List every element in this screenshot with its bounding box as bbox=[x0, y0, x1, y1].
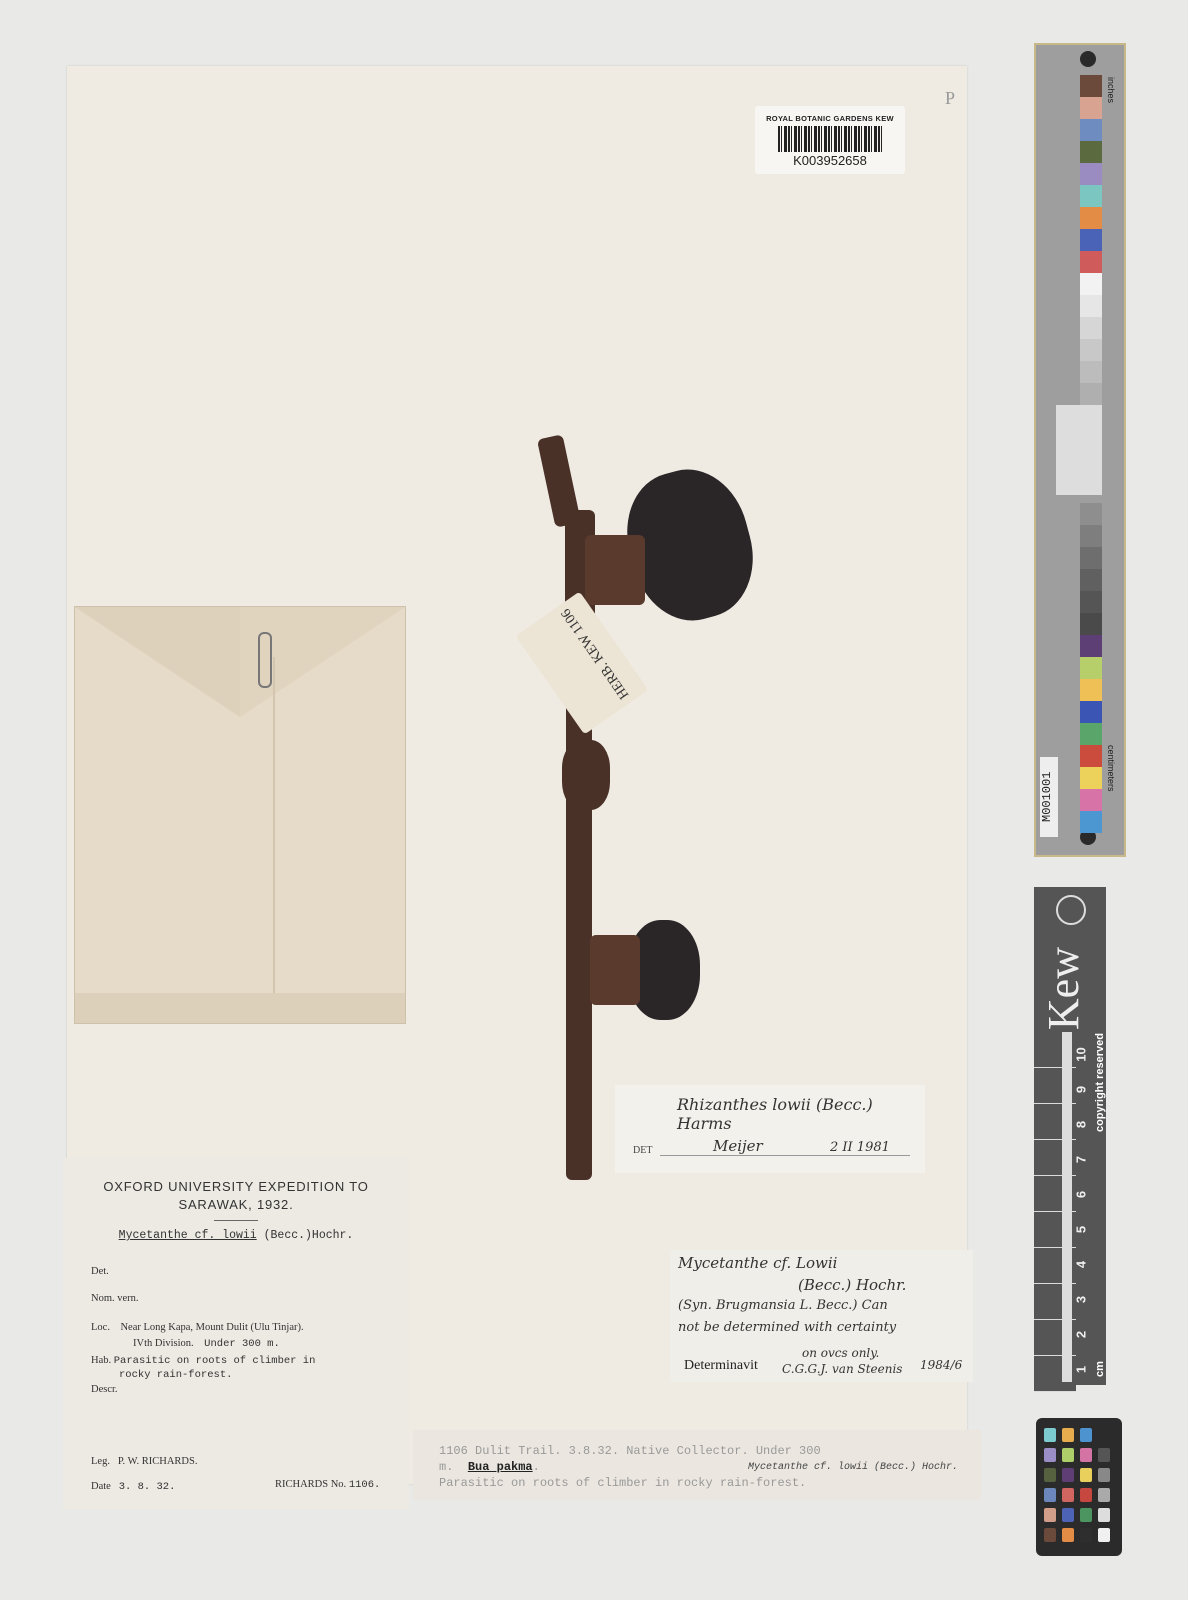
paperclip-icon bbox=[258, 632, 272, 688]
barcode-icon bbox=[778, 126, 882, 152]
corner-mark: P bbox=[945, 88, 955, 109]
ruler-code: M001001 bbox=[1040, 757, 1058, 837]
vernacular-name: Bua pakma bbox=[468, 1460, 533, 1474]
collection-date: Date 3. 8. 32. bbox=[91, 1481, 175, 1493]
descr-label: Descr. bbox=[91, 1384, 118, 1395]
field-note-strip: 1106 Dulit Trail. 3.8.32. Native Collect… bbox=[413, 1430, 981, 1500]
gray-target bbox=[1056, 405, 1102, 495]
institution-name: ROYAL BOTANIC GARDENS KEW bbox=[755, 114, 905, 123]
collection-label: OXFORD UNIVERSITY EXPEDITION TO SARAWAK,… bbox=[63, 1158, 409, 1510]
collector: Leg. P. W. RICHARDS. bbox=[91, 1456, 197, 1467]
determination-date: 2 II 1981 bbox=[830, 1140, 890, 1155]
fragment-packet bbox=[74, 606, 406, 1024]
expedition-subtitle: SARAWAK, 1932. bbox=[63, 1196, 409, 1214]
habitat: Hab. Parasitic on roots of climber in bbox=[91, 1355, 315, 1367]
determiner: Meijer bbox=[713, 1137, 763, 1155]
copyright-notice: copyright reserved bbox=[1094, 1033, 1106, 1132]
barcode-label: ROYAL BOTANIC GARDENS KEW K003952658 bbox=[755, 106, 905, 174]
kew-logo: Kew bbox=[1038, 947, 1089, 1030]
scale-unit: cm bbox=[1094, 1361, 1106, 1377]
det-label: Det. bbox=[91, 1266, 109, 1277]
kew-scale-bar: Kew 10 9 8 7 6 5 4 3 2 1 copyright reser… bbox=[1034, 887, 1106, 1385]
kew-crest-icon bbox=[1056, 895, 1086, 925]
determined-name: Rhizanthes lowii (Becc.) Harms bbox=[677, 1095, 925, 1133]
ruler-dot bbox=[1080, 51, 1096, 67]
color-checker bbox=[1036, 1418, 1122, 1556]
locality: Loc. Near Long Kapa, Mount Dulit (Ulu Ti… bbox=[91, 1322, 304, 1333]
barcode-number: K003952658 bbox=[755, 153, 905, 168]
altitude: Under 300 m. bbox=[204, 1338, 280, 1350]
determination-slip: Rhizanthes lowii (Becc.) Harms DET Meije… bbox=[615, 1085, 925, 1173]
determination-slip-2: Mycetanthe cf. Lowii (Becc.) Hochr. (Syn… bbox=[670, 1250, 973, 1382]
nom-vern-label: Nom. vern. bbox=[91, 1293, 139, 1304]
expedition-title: OXFORD UNIVERSITY EXPEDITION TO bbox=[63, 1178, 409, 1196]
color-ruler: inches centimeters M001001 bbox=[1034, 43, 1126, 857]
taxon-name: Mycetanthe cf. lowii (Becc.)Hochr. bbox=[63, 1229, 409, 1242]
collector-number: RICHARDS No. 1106. bbox=[275, 1479, 380, 1491]
det-label: DET bbox=[633, 1145, 652, 1156]
